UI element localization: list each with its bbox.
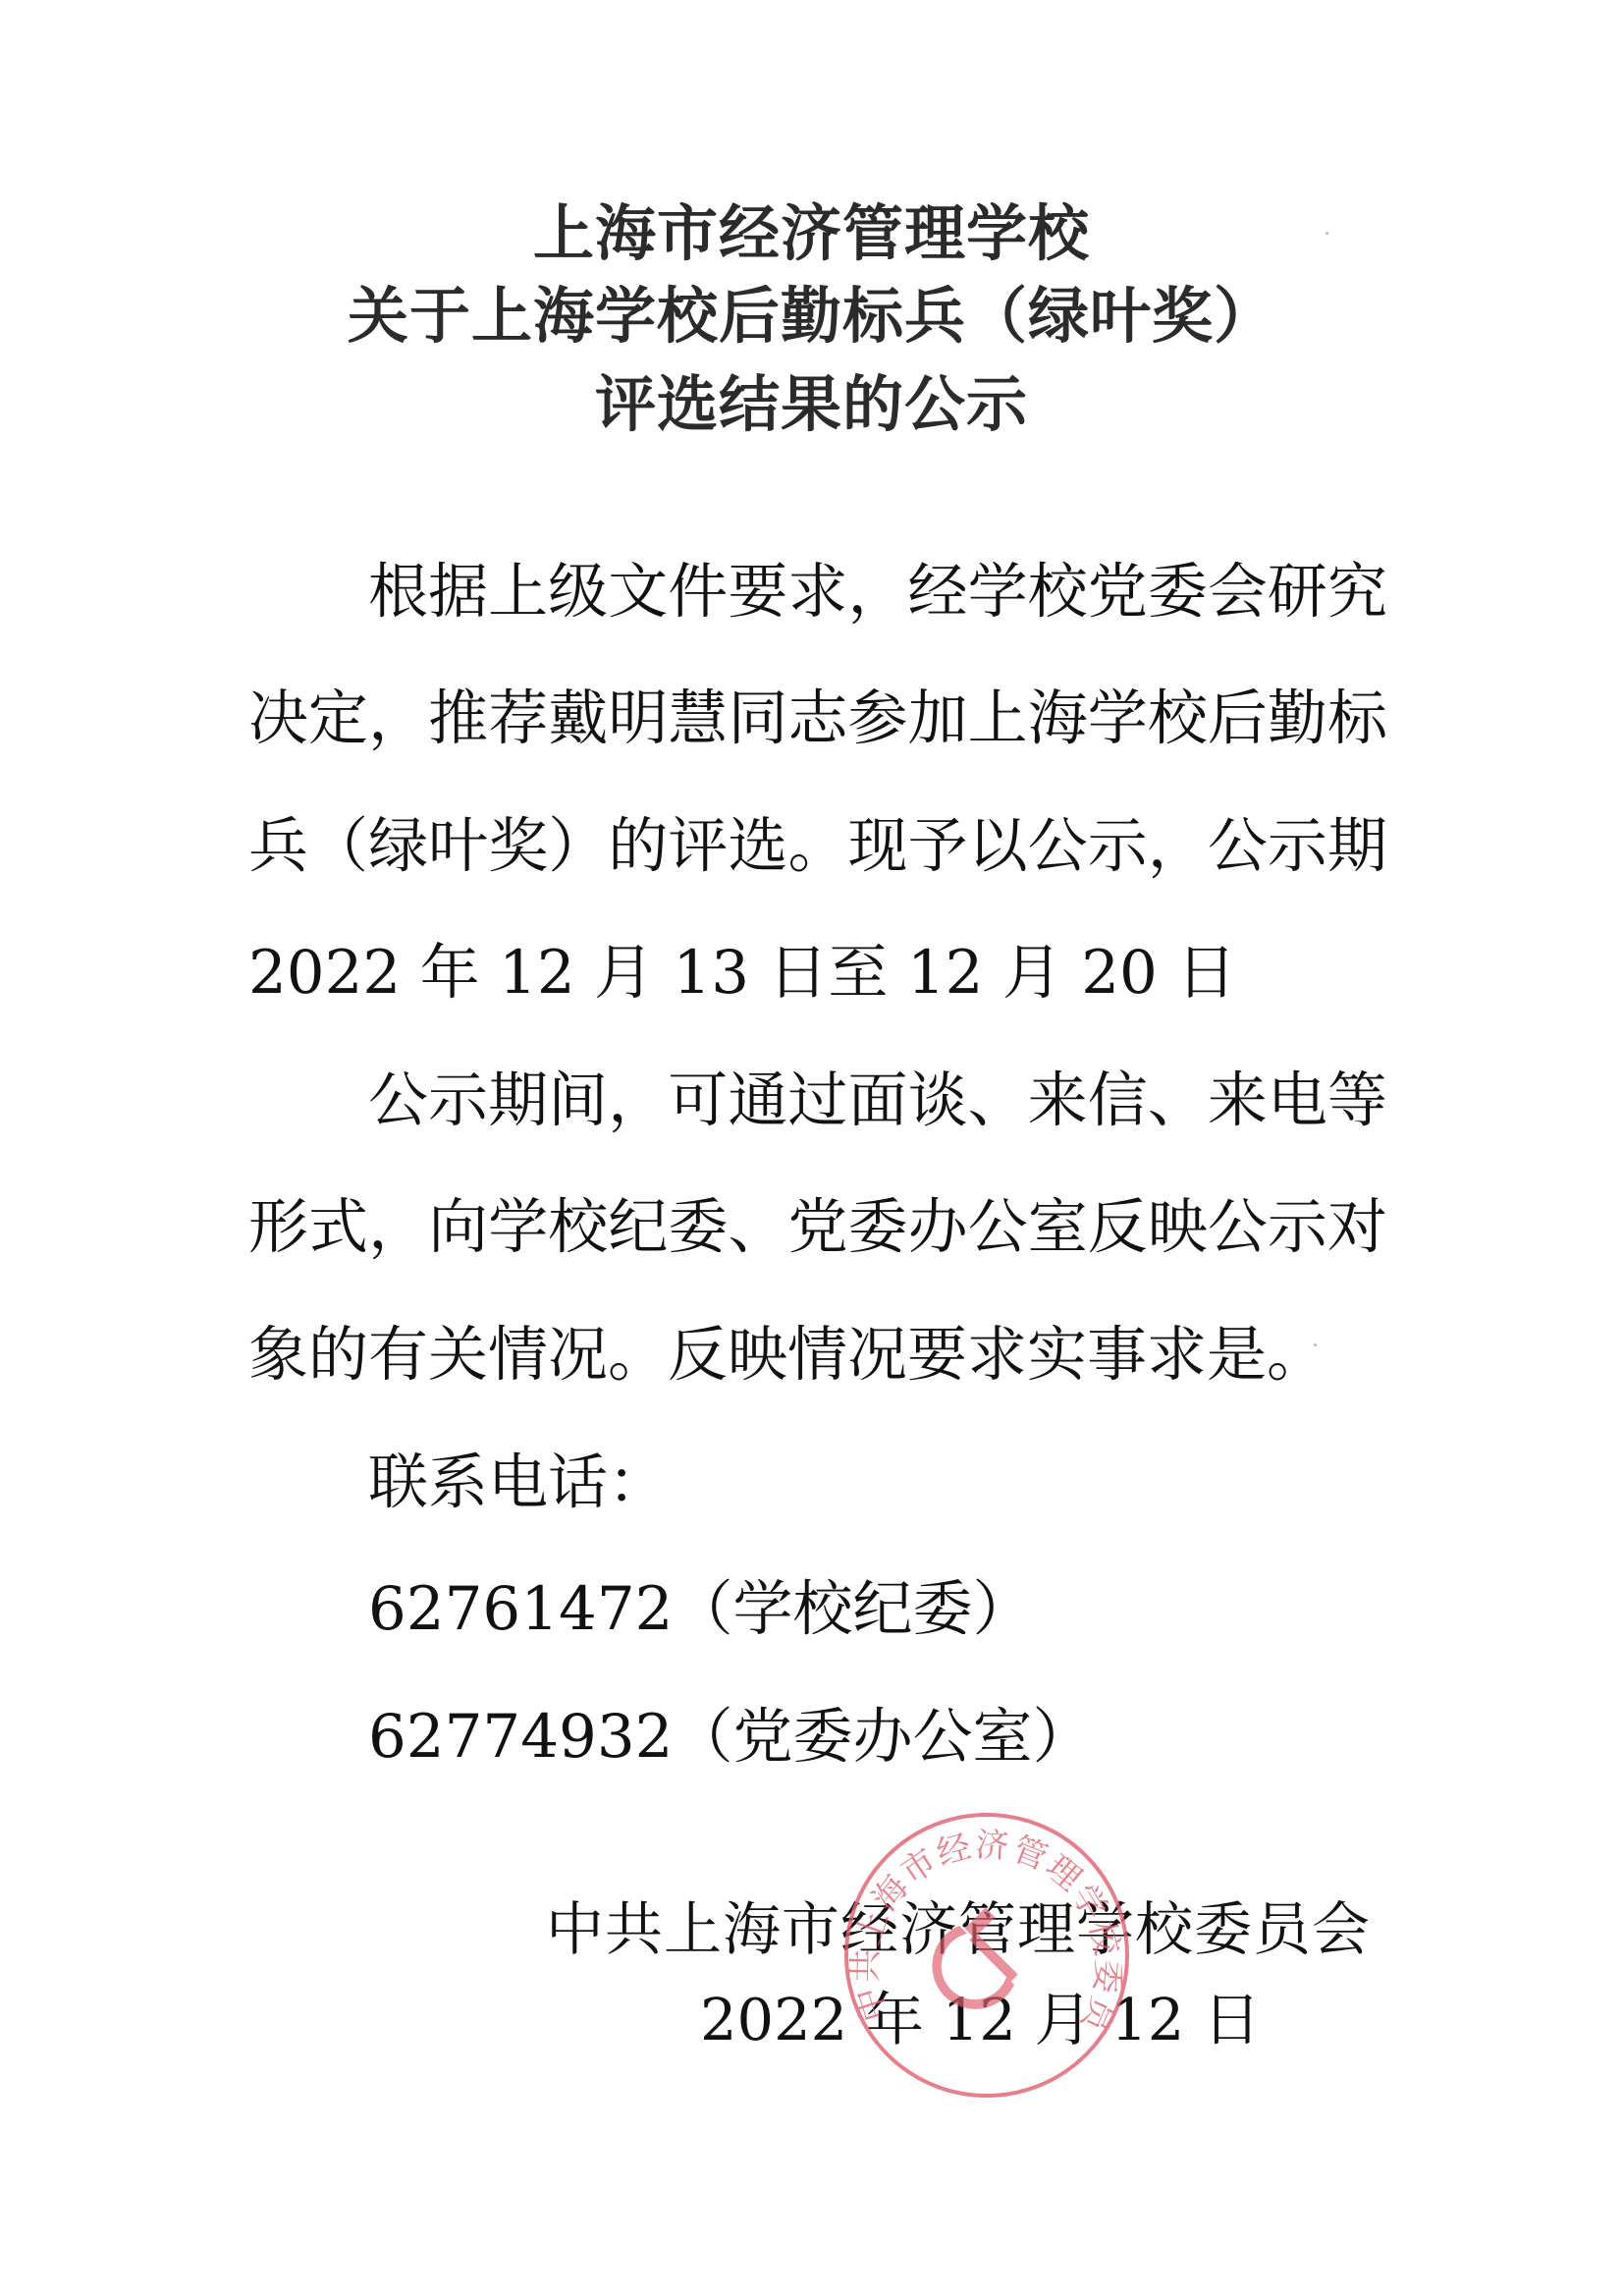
signature-date: 2022 年 12 月 12 日 [700, 1991, 1261, 2049]
contact-phone-1: 62761472（学校纪委） [368, 1579, 1507, 1639]
title-line-1: 上海市经济管理学校 [0, 203, 1623, 264]
document-page: 上海市经济管理学校 关于上海学校后勤标兵（绿叶奖） 评选结果的公示 根据上级文件… [0, 0, 1623, 2296]
scan-speck [1314, 1343, 1317, 1346]
paragraph1-line-2: 决定，推荐戴明慧同志参加上海学校后勤标 [248, 688, 1387, 748]
paragraph1-line-3: 兵（绿叶奖）的评选。现予以公示，公示期 [248, 816, 1387, 876]
paragraph2-line-1: 公示期间，可通过面谈、来信、来电等 [368, 1070, 1387, 1130]
contact-phone-2: 62774932（党委办公室） [368, 1707, 1507, 1767]
paragraph2-line-2: 形式，向学校纪委、党委办公室反映公示对 [248, 1197, 1387, 1257]
title-line-2: 关于上海学校后勤标兵（绿叶奖） [0, 286, 1623, 347]
paragraph1-line-4: 2022 年 12 月 13 日至 12 月 20 日 [248, 943, 1387, 1003]
signature-issuer: 中共上海市经济管理学校委员会 [546, 1900, 1371, 1958]
paragraph1-line-1: 根据上级文件要求，经学校党委会研究 [368, 562, 1387, 622]
title-line-3: 评选结果的公示 [0, 374, 1623, 435]
contact-label: 联系电话： [368, 1452, 1507, 1512]
scan-speck [1325, 232, 1328, 235]
paragraph2-line-3: 象的有关情况。反映情况要求实事求是。 [248, 1325, 1387, 1385]
